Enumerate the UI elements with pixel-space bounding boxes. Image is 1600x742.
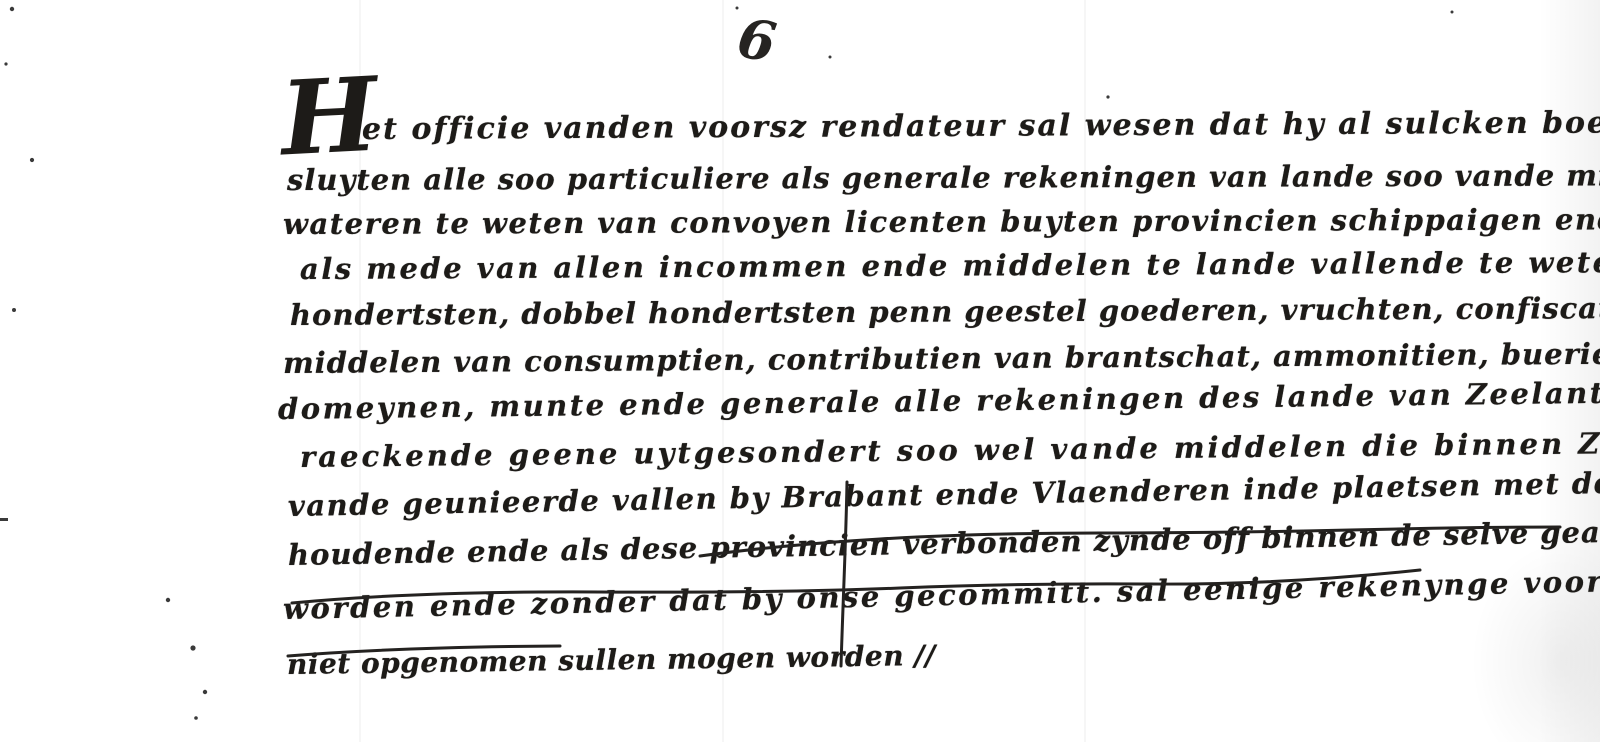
- manuscript-line-1: et officie vanden voorsz rendateur sal w…: [362, 105, 1600, 147]
- ink-speck: [829, 56, 832, 59]
- manuscript-line-3: wateren te weten van convoyen licenten b…: [283, 202, 1600, 241]
- manuscript-line-12: niet opgenomen sullen mogen worden //: [287, 639, 936, 681]
- manuscript-line-2: sluyten alle soo particuliere als genera…: [287, 158, 1600, 197]
- ink-speck: [203, 690, 207, 694]
- ink-speck: [1451, 11, 1454, 14]
- manuscript-line-5: hondertsten, dobbel hondertsten penn gee…: [290, 290, 1600, 332]
- ink-speck: [194, 716, 198, 720]
- manuscript-line-8: raeckende geene uytgesondert soo wel van…: [300, 424, 1600, 474]
- ink-speck: [0, 518, 8, 521]
- manuscript-line-6: middelen van consumptien, contributien v…: [283, 335, 1600, 380]
- manuscript-line-9: vande geunieerde vallen by Brabant ende …: [288, 464, 1600, 523]
- manuscript-line-7: domeynen, munte ende generale alle reken…: [278, 372, 1600, 426]
- ink-speck: [30, 158, 34, 162]
- manuscript-line-4: als mede van allen incommen ende middele…: [300, 244, 1600, 286]
- ink-speck: [4, 62, 7, 65]
- manuscript-line-10: houdende ende als dese provincien verbon…: [288, 511, 1600, 572]
- ink-speck: [12, 308, 16, 312]
- ink-speck: [736, 7, 739, 10]
- page-number: 6: [733, 5, 780, 74]
- ink-speck: [190, 645, 195, 650]
- manuscript-line-11: worden ende zonder dat by onse gecommitt…: [283, 562, 1600, 626]
- ink-speck: [1106, 95, 1109, 98]
- ink-speck: [166, 598, 170, 602]
- scanned-manuscript-page: 6 H et officie vanden voorsz rendateur s…: [0, 0, 1600, 742]
- ink-speck: [10, 7, 14, 11]
